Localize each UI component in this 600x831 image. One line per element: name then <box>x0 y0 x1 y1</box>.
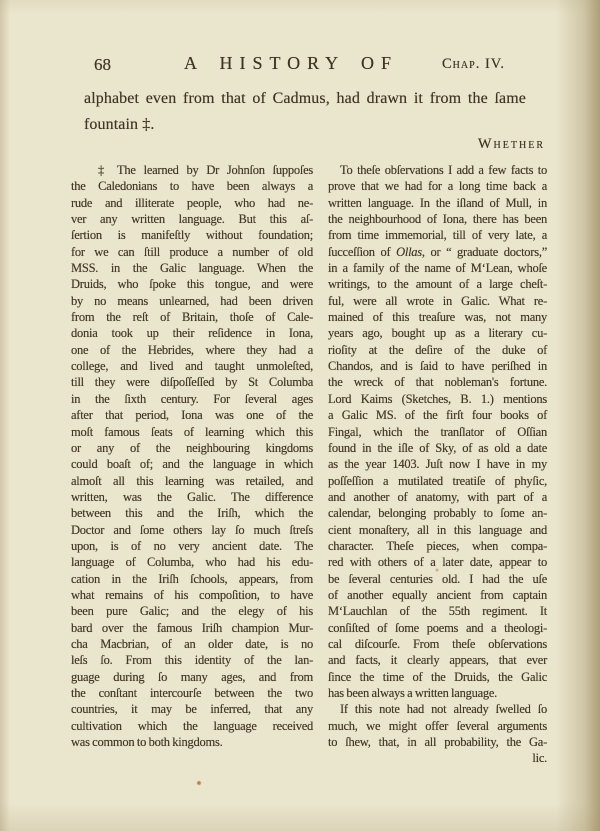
text-line: for we can ſtill produce a number of old <box>71 244 313 260</box>
text-segment: ſucceſſion of <box>328 245 396 259</box>
text-line: in the ſixth century. For ſeveral ages <box>71 391 313 407</box>
text-line: M‘Lauchlan of the 55th regiment. It <box>328 603 547 619</box>
footnote-left-column: ‡ The learned by Dr Johnſon ſuppoſesthe … <box>71 162 313 750</box>
text-line: moſt famous ſeats of learning which this <box>71 424 313 440</box>
text-line: To theſe obſervations I add a few facts … <box>328 162 547 178</box>
text-line: mained of this treaſure was, not many <box>328 309 547 325</box>
text-line: college, and lived and taught unmoleſted… <box>71 358 313 374</box>
text-line: MSS. in the Galic language. When the <box>71 260 313 276</box>
footnote-right-column: To theſe obſervations I add a few facts … <box>328 162 547 767</box>
text-line: between this and the Iriſh, which the <box>71 505 313 521</box>
text-line: to ſhew, that, in all probability, the G… <box>328 734 547 750</box>
text-line: bard over the famous Iriſh champion Mur- <box>71 620 313 636</box>
text-line: ver any written language. But this aſ- <box>71 211 313 227</box>
text-line: ‡ The learned by Dr Johnſon ſuppoſes <box>71 162 313 178</box>
text-line: be ſeveral centuries old. I had the uſe <box>328 571 547 587</box>
text-line: much, we might offer ſeveral arguments <box>328 718 547 734</box>
text-line: rioſity at the deſire of the duke of <box>328 342 547 358</box>
text-line: Druids, who ſpoke this tongue, and were <box>71 276 313 292</box>
next-page-catchword: Whether <box>478 137 545 152</box>
text-line: ful, were all wrote in Galic. What re- <box>328 293 547 309</box>
chapter-label: Chap. IV. <box>442 57 505 72</box>
running-title: A HISTORY OF <box>184 54 398 72</box>
text-line: conſiſted of ſome poems and a theologi- <box>328 620 547 636</box>
text-line: ſucceſſion of Ollas, or “ graduate docto… <box>328 244 547 260</box>
text-line: almoſt all this learning was retailed, a… <box>71 473 313 489</box>
text-line: Chandos, and is ſaid to have periſhed in <box>328 358 547 374</box>
text-line: rude and illiterate people, who had ne- <box>71 195 313 211</box>
text-line: and another of anatomy, with part of a <box>328 489 547 505</box>
text-line: cultivation which the language received <box>71 718 313 734</box>
text-line: and facts, it clearly appears, that ever <box>328 652 547 668</box>
text-line: after that period, Iona was one of the <box>71 407 313 423</box>
text-line: of another equally ancient from captain <box>328 587 547 603</box>
text-line: fountain ‡. <box>84 112 526 138</box>
text-line: what remains of his compoſition, to have <box>71 587 313 603</box>
text-line: from time immemorial, till of very late,… <box>328 227 547 243</box>
text-line: If this note had not already ſwelled ſo <box>328 701 547 717</box>
text-line: a Galic MS. of the firſt four books of <box>328 407 547 423</box>
text-line: leſs ſo. From this identity of the lan- <box>71 652 313 668</box>
text-line: found in the iſle of Sky, of as old a da… <box>328 440 547 456</box>
text-line: was common to both kingdoms. <box>71 734 313 750</box>
text-line: been pure Galic; and the elegy of his <box>71 603 313 619</box>
text-line: language of Columba, who had his edu- <box>71 554 313 570</box>
text-line: the neighbourhood of Iona, there has bee… <box>328 211 547 227</box>
text-line: guage during ſo many ages, and from <box>71 669 313 685</box>
text-line: Doctor and ſome others lay ſo much ſtreſ… <box>71 522 313 538</box>
text-line: cient monaſtery, all in this language an… <box>328 522 547 538</box>
text-segment: , or “ graduate doctors,” <box>422 245 547 259</box>
text-line: ſertion is manifeſtly without foundation… <box>71 227 313 243</box>
text-line: character. Theſe pieces, when compa- <box>328 538 547 554</box>
text-line: or any of the neighbouring kingdoms <box>71 440 313 456</box>
text-line: till they were diſpoſſeſſed by St Columb… <box>71 374 313 390</box>
text-line: writings, to the amount of a large cheſt… <box>328 276 547 292</box>
text-line: could boaſt of; and the language in whic… <box>71 456 313 472</box>
book-page-scan: 68 A HISTORY OF Chap. IV. alphabet even … <box>0 0 600 831</box>
text-line: as the year 1403. Juſt now I have in my <box>328 456 547 472</box>
text-line: countries, it may be inferred, that any <box>71 701 313 717</box>
text-line: ſince the time of the Druids, the Galic <box>328 669 547 685</box>
text-line: the Caledonians to have been always a <box>71 178 313 194</box>
text-line: cal diſcourſe. From theſe obſervations <box>328 636 547 652</box>
italic-term: Ollas <box>396 245 422 259</box>
text-line: cha Macbrian, of an older date, is no <box>71 636 313 652</box>
text-line: alphabet even from that of Cadmus, had d… <box>84 86 526 112</box>
text-line: red with others of a later date, appear … <box>328 554 547 570</box>
footnote-catchword: lic. <box>328 750 547 766</box>
text-line: years ago, bought up as a literary cu- <box>328 325 547 341</box>
text-line: the conſtant intercourſe between the two <box>71 685 313 701</box>
page-number: 68 <box>94 56 111 73</box>
text-line: the wreck of that nobleman's fortune. <box>328 374 547 390</box>
text-line: prove that we had for a long time back a <box>328 178 547 194</box>
text-line: written, was the Galic. The difference <box>71 489 313 505</box>
text-line: one of the Hebrides, where they had a <box>71 342 313 358</box>
text-line: Fingal, which the tranſlator of Oſſian <box>328 424 547 440</box>
text-line: poſſeſſion a mutilated treatiſe of phyſi… <box>328 473 547 489</box>
text-line: has been always a written language. <box>328 685 547 701</box>
main-text-block: alphabet even from that of Cadmus, had d… <box>84 86 526 137</box>
text-line: by no means unlearned, had been driven <box>71 293 313 309</box>
text-line: in a family of the name of M‘Lean, whoſe <box>328 260 547 276</box>
text-line: upon, is of no very ancient date. The <box>71 538 313 554</box>
text-line: calendar, belonging probably to ſome an- <box>328 505 547 521</box>
text-line: cation in the Iriſh ſchools, appears, fr… <box>71 571 313 587</box>
text-line: donia took up their reſidence in Iona, <box>71 325 313 341</box>
text-line: from the reſt of Britain, thoſe of Cale- <box>71 309 313 325</box>
text-line: written language. In the iſland of Mull,… <box>328 195 547 211</box>
text-line: Lord Kaims (Sketches, B. 1.) mentions <box>328 391 547 407</box>
